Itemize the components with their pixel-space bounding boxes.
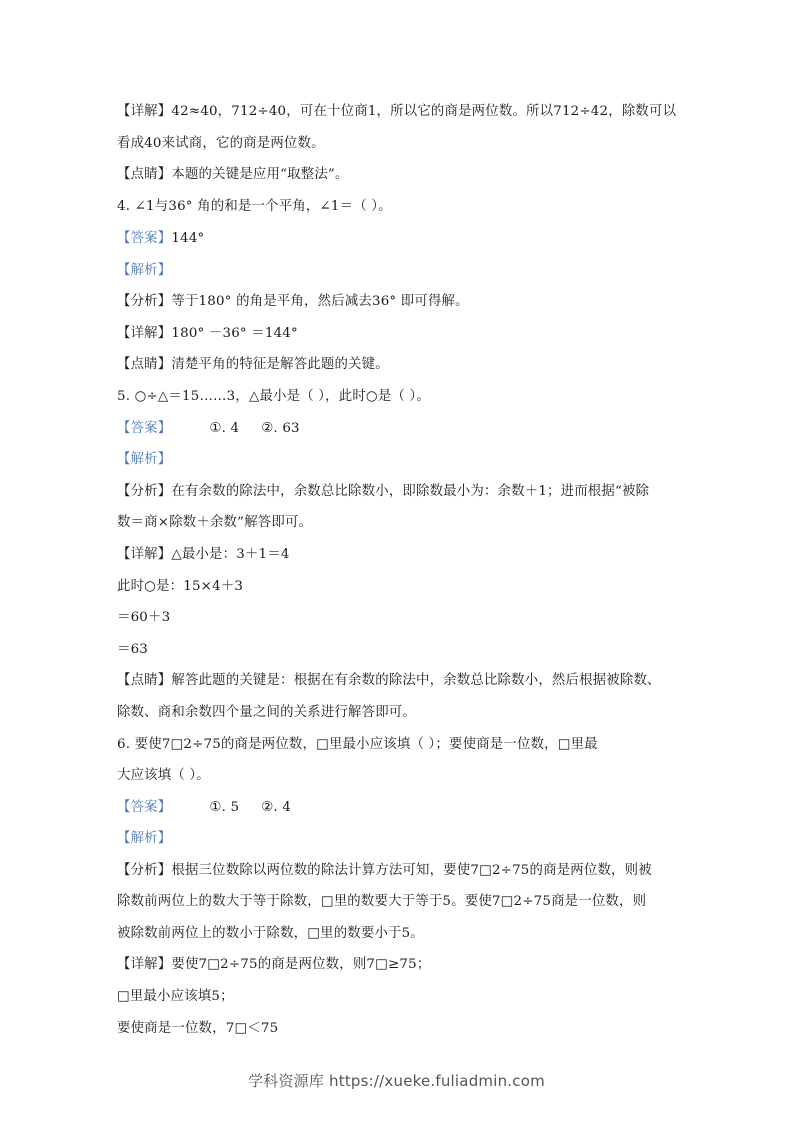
text-line: 除数、商和余数四个量之间的关系进行解答即可。 (117, 704, 416, 722)
text-line: 除数前两位上的数大于等于除数，□里的数要大于等于5。要使7□2÷75商是一位数，… (117, 893, 646, 911)
text-line: ＝60＋3 (117, 609, 170, 627)
line-text: 看成40来试商，它的商是两位数。 (117, 136, 325, 151)
line-text: □里最小应该填5； (117, 989, 234, 1004)
section-label: 【点睛】 (117, 357, 171, 372)
line-text: 除数、商和余数四个量之间的关系进行解答即可。 (117, 705, 416, 720)
text-line: 【解析】 (117, 830, 171, 848)
section-label: 【详解】 (117, 547, 171, 562)
text-line: 6. 要使7□2÷75的商是两位数，□里最小应该填（ ）；要使商是一位数，□里最 (117, 736, 598, 754)
line-text: 要使商是一位数，7□＜75 (117, 1021, 278, 1036)
line-text: 数＝商×除数＋余数”解答即可。 (117, 515, 312, 530)
line-text: 根据三位数除以两位数的除法计算方法可知，要使7□2÷75的商是两位数，则被 (171, 863, 651, 878)
text-line: 看成40来试商，它的商是两位数。 (117, 135, 325, 153)
section-label: 【答案】 (117, 231, 171, 246)
section-label: 【详解】 (117, 104, 171, 119)
section-label: 【解析】 (117, 452, 171, 467)
text-line: 此时○是：15×4＋3 (117, 578, 243, 596)
line-text: 大应该填（ ）。 (117, 768, 210, 783)
text-line: 4. ∠1与36° 角的和是一个平角，∠1＝（ ）。 (117, 198, 392, 216)
line-text: 要使7□2÷75的商是两位数，则7□≥75； (171, 957, 430, 972)
text-line: 【详解】要使7□2÷75的商是两位数，则7□≥75； (117, 956, 430, 974)
text-line: 数＝商×除数＋余数”解答即可。 (117, 514, 312, 532)
line-text: 4. ∠1与36° 角的和是一个平角，∠1＝（ ）。 (117, 199, 392, 214)
line-text: 本题的关键是应用“取整法”。 (171, 167, 348, 182)
text-line: 【详解】42≈40，712÷40，可在十位商1，所以它的商是两位数。所以712÷… (117, 103, 676, 121)
text-line: 【解析】 (117, 451, 171, 469)
text-line: 大应该填（ ）。 (117, 767, 210, 785)
line-text: 此时○是：15×4＋3 (117, 579, 243, 594)
line-text: 解答此题的关键是：根据在有余数的除法中，余数总比除数小，然后根据被除数、 (171, 673, 660, 688)
footer-watermark: 学科资源库 https://xueke.fuliadmin.com (0, 1070, 793, 1091)
line-text: 6. 要使7□2÷75的商是两位数，□里最小应该填（ ）；要使商是一位数，□里最 (117, 737, 598, 752)
text-line: ＝63 (117, 641, 148, 659)
line-text: 42≈40，712÷40，可在十位商1，所以它的商是两位数。所以712÷42，除… (171, 104, 676, 119)
text-line: □里最小应该填5； (117, 988, 234, 1006)
answer-item: ②. 63 (261, 421, 300, 436)
answer-item: ①. 5 (209, 800, 239, 815)
line-text: ＝60＋3 (117, 610, 170, 625)
section-label: 【点睛】 (117, 167, 171, 182)
text-line: 【详解】△最小是：3＋1＝4 (117, 546, 290, 564)
text-line: 【答案】144° (117, 230, 204, 248)
line-text: 144° (171, 231, 204, 246)
line-text: 180° －36° ＝144° (171, 326, 298, 341)
line-text: △最小是：3＋1＝4 (171, 547, 289, 562)
section-label: 【点睛】 (117, 673, 171, 688)
section-label: 【分析】 (117, 484, 171, 499)
text-line: 【点睛】本题的关键是应用“取整法”。 (117, 166, 349, 184)
answer-item: ①. 4 (209, 421, 239, 436)
text-line: 【解析】 (117, 262, 171, 280)
text-line: 【点睛】解答此题的关键是：根据在有余数的除法中，余数总比除数小，然后根据被除数、 (117, 672, 661, 690)
line-text: ＝63 (117, 642, 148, 657)
line-text: 等于180° 的角是平角，然后减去36° 即可得解。 (171, 294, 468, 309)
text-line: 【分析】在有余数的除法中，余数总比除数小，即除数最小为：余数＋1；进而根据“被除 (117, 483, 649, 501)
text-line: 【详解】180° －36° ＝144° (117, 325, 298, 343)
text-line: 5. ○÷△＝15……3，△最小是（ ），此时○是（ ）。 (117, 388, 430, 406)
line-text: 清楚平角的特征是解答此题的关键。 (171, 357, 388, 372)
line-text: 5. ○÷△＝15……3，△最小是（ ），此时○是（ ）。 (117, 389, 430, 404)
section-label: 【详解】 (117, 957, 171, 972)
section-label: 【解析】 (117, 831, 171, 846)
section-label: 【分析】 (117, 863, 171, 878)
line-text: 除数前两位上的数大于等于除数，□里的数要大于等于5。要使7□2÷75商是一位数，… (117, 894, 646, 909)
line-text: 在有余数的除法中，余数总比除数小，即除数最小为：余数＋1；进而根据“被除 (171, 484, 649, 499)
text-line: 【分析】根据三位数除以两位数的除法计算方法可知，要使7□2÷75的商是两位数，则… (117, 862, 652, 880)
text-line: 要使商是一位数，7□＜75 (117, 1020, 278, 1038)
text-line: 【分析】等于180° 的角是平角，然后减去36° 即可得解。 (117, 293, 469, 311)
section-label: 【答案】 (117, 800, 171, 815)
text-line: 【答案】①. 5②. 4 (117, 799, 291, 817)
section-label: 【解析】 (117, 263, 171, 278)
section-label: 【答案】 (117, 421, 171, 436)
text-line: 【答案】①. 4②. 63 (117, 420, 300, 438)
section-label: 【详解】 (117, 326, 171, 341)
text-line: 被除数前两位上的数小于除数，□里的数要小于5。 (117, 925, 424, 943)
text-line: 【点睛】清楚平角的特征是解答此题的关键。 (117, 356, 389, 374)
line-text: 被除数前两位上的数小于除数，□里的数要小于5。 (117, 926, 424, 941)
answer-item: ②. 4 (261, 800, 291, 815)
section-label: 【分析】 (117, 294, 171, 309)
